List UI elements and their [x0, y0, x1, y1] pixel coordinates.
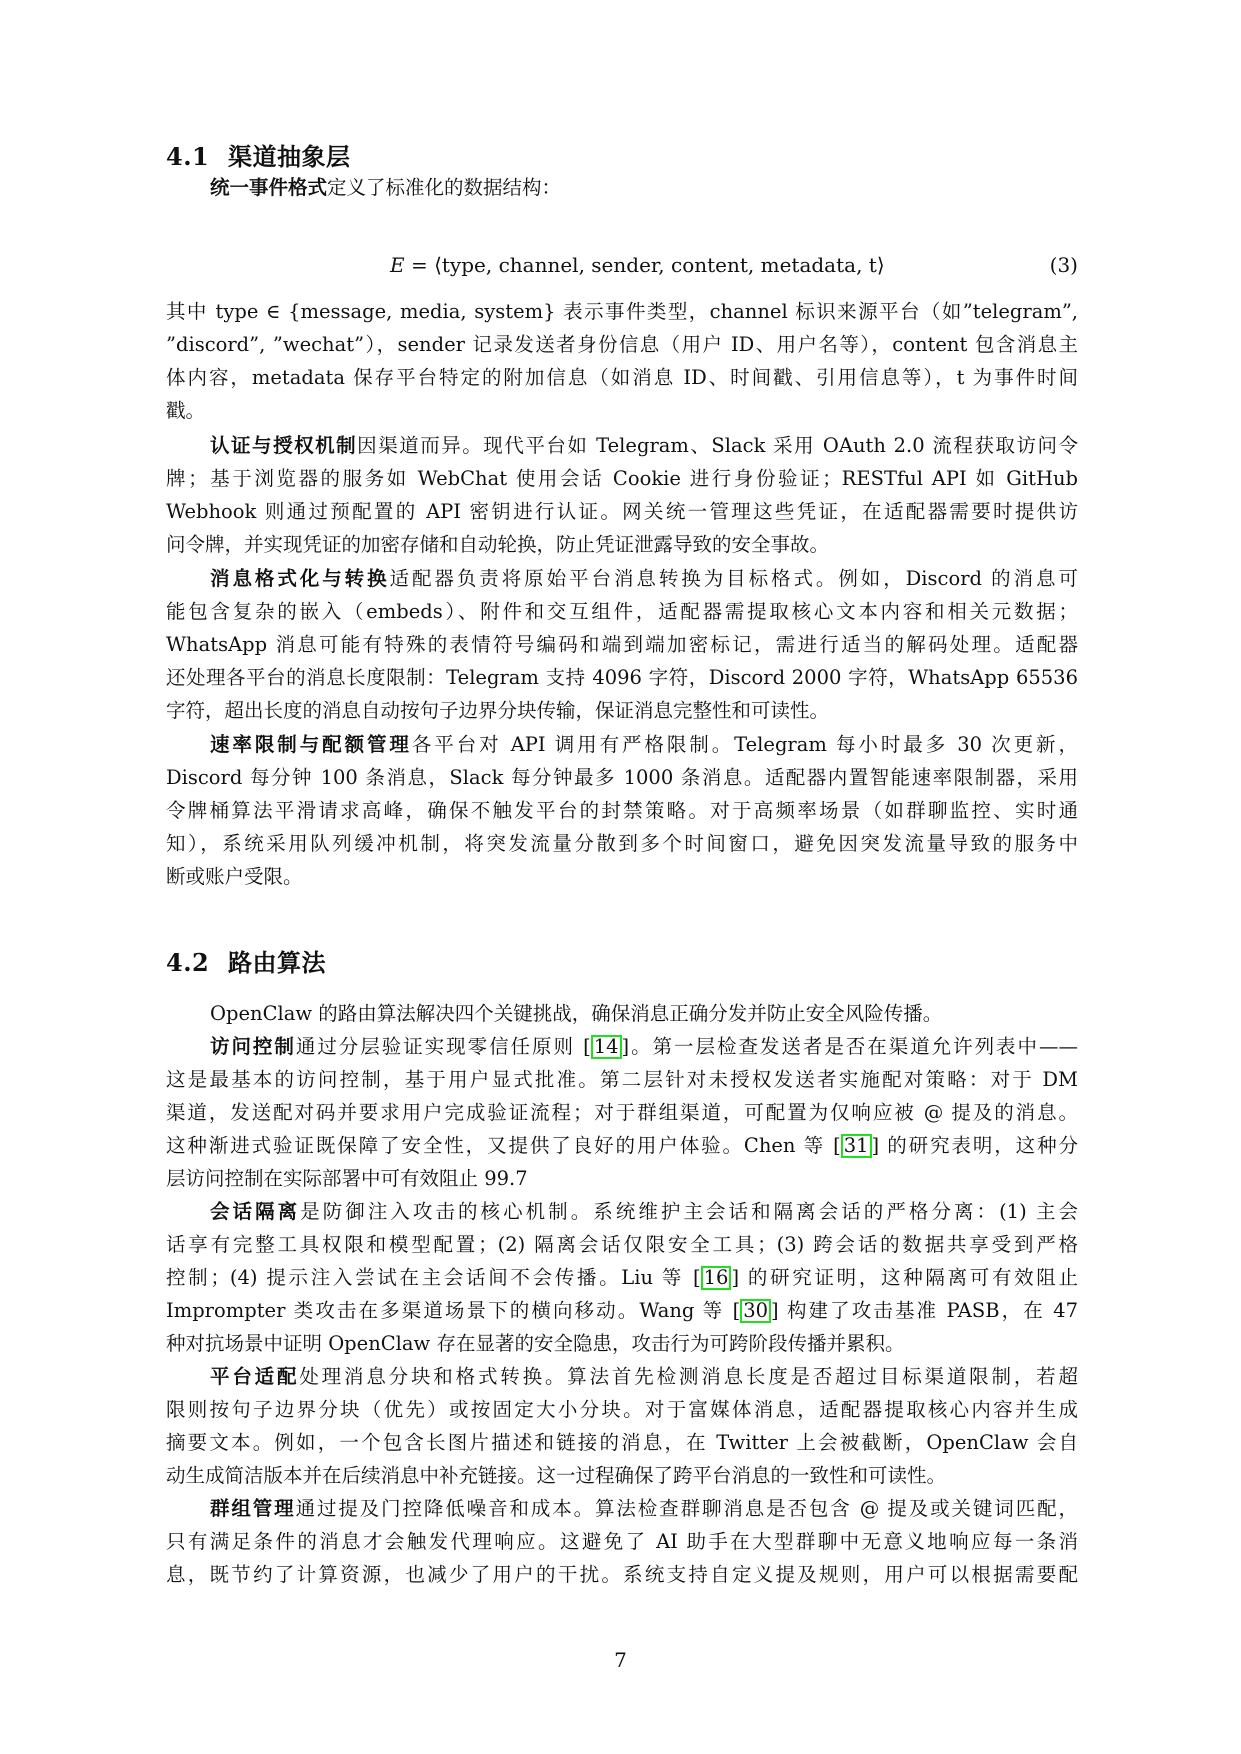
- paper-page: 4.1渠道抽象层 统一事件格式定义了标准化的数据结构： E = ⟨type, c…: [0, 0, 1241, 1754]
- equation-rhs: = ⟨type, channel, sender, content, metad…: [411, 253, 885, 277]
- text-line: 这是最基本的访问控制，基于用户显式批准。第二层针对未授权发送者实施配对策略：对于…: [166, 1067, 1078, 1093]
- text-line: Webhook 则通过预配置的 API 密钥进行认证。网关统一管理这些凭证，在适…: [166, 499, 1078, 525]
- text-line: 控制；(4) 提示注入尝试在主会话间不会传播。Liu 等 [16] 的研究证明，…: [166, 1265, 1078, 1291]
- paragraph-format: 消息格式化与转换适配器负责将原始平台消息转换为目标格式。例如，Discord 的…: [210, 566, 1078, 592]
- citation-link[interactable]: 30: [740, 1299, 771, 1323]
- section-title: 渠道抽象层: [228, 142, 351, 171]
- text-line: 牌；基于浏览器的服务如 WebChat 使用会话 Cookie 进行身份验证；R…: [166, 466, 1078, 492]
- text-line: 字符，超出长度的消息自动按句子边界分块传输，保证消息完整性和可读性。: [166, 698, 1078, 724]
- term-bold: 速率限制与配额管理: [210, 733, 412, 756]
- paragraph-access-control: 访问控制通过分层验证实现零信任原则 [14]。第一层检查发送者是否在渠道允许列表…: [210, 1034, 1078, 1060]
- citation-link[interactable]: 31: [841, 1134, 872, 1158]
- term-bold: 群组管理: [210, 1497, 296, 1520]
- paragraph-session-isolation: 会话隔离是防御注入攻击的核心机制。系统维护主会话和隔离会话的严格分离：(1) 主…: [210, 1199, 1078, 1225]
- term-bold: 统一事件格式: [210, 176, 327, 199]
- equation-lhs: E: [390, 253, 405, 277]
- text-line: 话享有完整工具权限和模型配置；(2) 隔离会话仅限安全工具；(3) 跨会话的数据…: [166, 1232, 1078, 1258]
- term-bold: 消息格式化与转换: [210, 567, 390, 590]
- section-heading-4-1: 4.1渠道抽象层: [166, 142, 351, 172]
- page-number: 7: [0, 1648, 1241, 1672]
- text-line: 渠道，发送配对码并要求用户完成验证流程；对于群组渠道，可配置为仅响应被 @ 提及…: [166, 1100, 1078, 1126]
- text-line: Imprompter 类攻击在多渠道场景下的横向移动。Wang 等 [30] 构…: [166, 1298, 1078, 1324]
- text-line: 这种渐进式验证既保障了安全性，又提供了良好的用户体验。Chen 等 [31] 的…: [166, 1133, 1078, 1159]
- text-line: 问令牌，并实现凭证的加密存储和自动轮换，防止凭证泄露导致的安全事故。: [166, 532, 1078, 558]
- term-bold: 访问控制: [210, 1035, 296, 1058]
- text-line: 种对抗场景中证明 OpenClaw 存在显著的安全隐患，攻击行为可跨阶段传播并累…: [166, 1331, 1078, 1357]
- citation-link[interactable]: 16: [701, 1266, 732, 1290]
- paragraph-routing-intro: OpenClaw 的路由算法解决四个关键挑战，确保消息正确分发并防止安全风险传播…: [210, 1001, 1078, 1027]
- text-line: 令牌桶算法平滑请求高峰，确保不触发平台的封禁策略。对于高频率场景（如群聊监控、实…: [166, 798, 1078, 824]
- text-line: 动生成简洁版本并在后续消息中补充链接。这一过程确保了跨平台消息的一致性和可读性。: [166, 1463, 1078, 1489]
- paragraph-auth: 认证与授权机制因渠道而异。现代平台如 Telegram、Slack 采用 OAu…: [210, 433, 1078, 459]
- text-line: 还处理各平台的消息长度限制：Telegram 支持 4096 字符，Discor…: [166, 665, 1078, 691]
- text-line: WhatsApp 消息可能有特殊的表情符号编码和端到端加密标记，需进行适当的解码…: [166, 632, 1078, 658]
- text-line: 息，既节约了计算资源，也减少了用户的干扰。系统支持自定义提及规则，用户可以根据需…: [166, 1562, 1078, 1588]
- equation-number: (3): [1050, 252, 1078, 278]
- paragraph-group-management: 群组管理通过提及门控降低噪音和成本。算法检查群聊消息是否包含 @ 提及或关键词匹…: [210, 1496, 1078, 1522]
- paragraph-intro: 统一事件格式定义了标准化的数据结构：: [210, 175, 1078, 201]
- text-line: 戳。: [166, 398, 1078, 424]
- section-heading-4-2: 4.2路由算法: [166, 948, 326, 978]
- section-number: 4.2: [166, 948, 228, 978]
- text-line: 其中 type ∈ {message, media, system} 表示事件类…: [166, 299, 1078, 325]
- section-title: 路由算法: [228, 948, 326, 977]
- text-line: 只有满足条件的消息才会触发代理响应。这避免了 AI 助手在大型群聊中无意义地响应…: [166, 1529, 1078, 1555]
- term-bold: 平台适配: [210, 1365, 299, 1388]
- paragraph-platform-adaptation: 平台适配处理消息分块和格式转换。算法首先检测消息长度是否超过目标渠道限制，若超: [210, 1364, 1078, 1390]
- equation: E = ⟨type, channel, sender, content, met…: [390, 252, 885, 278]
- text-line: ”discord”, ”wechat”），sender 记录发送者身份信息（用户…: [166, 332, 1078, 358]
- text-line: 限则按句子边界分块（优先）或按固定大小分块。对于富媒体消息，适配器提取核心内容并…: [166, 1397, 1078, 1423]
- text-line: 能包含复杂的嵌入（embeds）、附件和交互组件，适配器需提取核心文本内容和相关…: [166, 599, 1078, 625]
- text-line: Discord 每分钟 100 条消息，Slack 每分钟最多 1000 条消息…: [166, 765, 1078, 791]
- text-line: 体内容，metadata 保存平台特定的附加信息（如消息 ID、时间戳、引用信息…: [166, 365, 1078, 391]
- section-number: 4.1: [166, 142, 228, 172]
- term-bold: 会话隔离: [210, 1200, 300, 1223]
- paragraph-rate-limit: 速率限制与配额管理各平台对 API 调用有严格限制。Telegram 每小时最多…: [210, 732, 1078, 758]
- term-bold: 认证与授权机制: [210, 434, 357, 457]
- citation-link[interactable]: 14: [591, 1035, 622, 1059]
- text-line: 层访问控制在实际部署中可有效阻止 99.7: [166, 1166, 1078, 1192]
- text-line: 断或账户受限。: [166, 864, 1078, 890]
- text-line: 知），系统采用队列缓冲机制，将突发流量分散到多个时间窗口，避免因突发流量导致的服…: [166, 831, 1078, 857]
- text-line: 摘要文本。例如，一个包含长图片描述和链接的消息，在 Twitter 上会被截断，…: [166, 1430, 1078, 1456]
